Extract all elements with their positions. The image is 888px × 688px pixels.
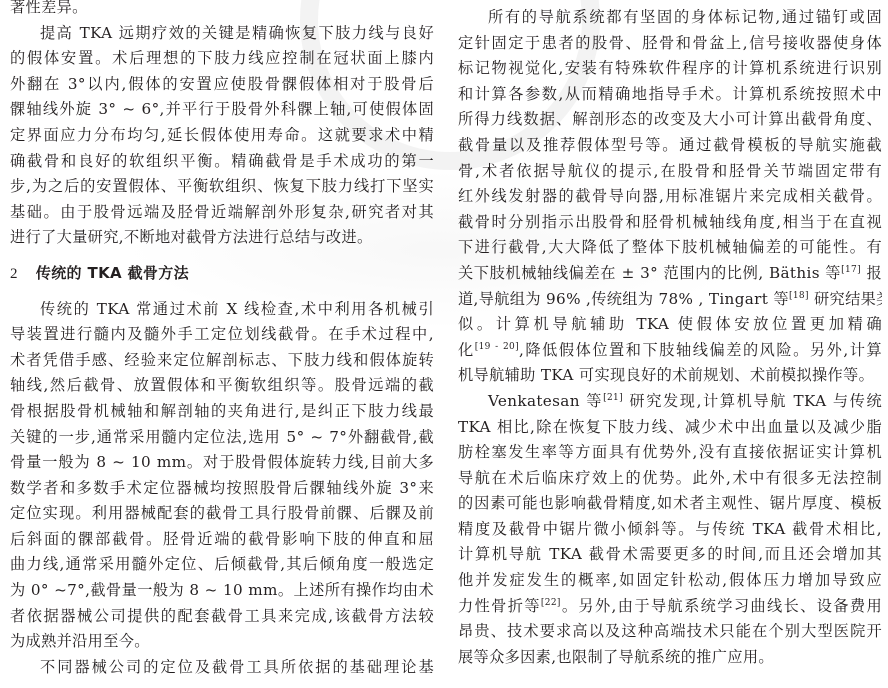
text-line: 外翻在 3°以内,假体的安置应使股骨髁假体相对于股骨后 xyxy=(10,72,434,98)
text-line: 昂贵、技术要求高以及这种高端技术只能在个别大型医院开 xyxy=(458,619,882,645)
citation-ref[interactable]: [18] xyxy=(789,291,809,301)
text-line: 化[19 - 20],降低假体位置和下肢轴线偏差的风险。另外,计算 xyxy=(458,338,882,364)
section-title: 传统的 TKA 截骨方法 xyxy=(36,264,189,282)
text-line: 髁轴线外旋 3° ~ 6°,并平行于股骨外科髁上轴,可使假体固 xyxy=(10,97,434,123)
text-line: 截骨量以及推荐假体型号等。通过截骨模板的导航实施截 xyxy=(458,133,882,159)
citation-ref[interactable]: [17] xyxy=(841,265,861,275)
text-span: ,降低假体位置和下肢轴线偏差的风险。另外,计算 xyxy=(519,341,882,359)
text-line: 后斜面的髁部截骨。胫骨近端的截骨影响下肢的伸直和屈 xyxy=(10,527,434,553)
text-line: 提高 TKA 远期疗效的关键是精确恢复下肢力线与良好 xyxy=(10,21,434,47)
section-heading: 2传统的 TKA 截骨方法 xyxy=(10,261,434,287)
citation-ref[interactable]: [21] xyxy=(603,393,623,403)
text-span: 报 xyxy=(861,264,882,282)
text-line: 的假体安置。术后理想的下肢力线应控制在冠状面上膝内 xyxy=(10,46,434,72)
text-line: 骨根据股骨机械轴和解剖轴的夹角进行,是纠正下肢力线最 xyxy=(10,399,434,425)
text-line: 所得力线数据、解剖形态的改变及大小可计算出截骨角度、 xyxy=(458,107,882,133)
text-line: 导装置进行髓内及髓外手工定位划线截骨。在手术过程中, xyxy=(10,322,434,348)
text-line: 道,导航组为 96% ,传统组为 78% , Tingart 等[18] 研究结… xyxy=(458,287,882,313)
text-line: 术者凭借手感、经验来定位解剖标志、下肢力线和假体旋转 xyxy=(10,348,434,374)
paragraph-venkatesan: Venkatesan 等[21] 研究发现,计算机导航 TKA 与传统 TKA … xyxy=(458,389,882,671)
text-line: 力性骨折等[22]。另外,由于导航系统学习曲线长、设备费用 xyxy=(458,594,882,620)
text-line: 导航在术后临床疗效上的优势。此外,术中有很多无法控制 xyxy=(458,466,882,492)
text-line: 精度及截骨中锯片微小倾斜等。与传统 TKA 截骨术相比, xyxy=(458,517,882,543)
text-line: 定针固定于患者的股骨、胫骨和骨盆上,信号接收器使身体 xyxy=(458,31,882,57)
text-span: 化 xyxy=(458,341,475,359)
paragraph-navigation-system: 所有的导航系统都有坚固的身体标记物,通过锚钉或固 定针固定于患者的股骨、胫骨和骨… xyxy=(458,5,882,389)
text-span: 研究发现,计算机导航 TKA 与传统 xyxy=(623,392,882,410)
text-span: 力性骨折等 xyxy=(458,597,541,615)
text-line: 似。计算机导航辅助 TKA 使假体安放位置更加精确 xyxy=(458,312,882,338)
text-line: 标记物视觉化,安装有特殊软件程序的计算机系统进行识别 xyxy=(458,56,882,82)
text-line: 曲力线,通常采用髓外定位、后倾截骨,其后倾角度一般选定 xyxy=(10,552,434,578)
text-span: 。另外,由于导航系统学习曲线长、设备费用 xyxy=(561,597,882,615)
text-line: 定界面应力分布均匀,延长假体使用寿命。这就要求术中精 xyxy=(10,123,434,149)
text-line: 肪栓塞发生率等方面具有优势外,没有直接依据证实计算机 xyxy=(458,440,882,466)
citation-ref[interactable]: [22] xyxy=(541,598,561,608)
text-line: 进行了大量研究,不断地对截骨方法进行总结与改进。 xyxy=(10,225,434,251)
right-column: 所有的导航系统都有坚固的身体标记物,通过锚钉或固 定针固定于患者的股骨、胫骨和骨… xyxy=(458,5,882,670)
text-span: 道,导航组为 96% ,传统组为 78% , Tingart 等 xyxy=(458,290,789,308)
text-line: 关下肢机械轴线偏差在 ± 3° 范围内的比例, Bäthis 等[17] 报 xyxy=(458,261,882,287)
text-line: 者依据器械公司提供的配套截骨工具来完成,该截骨方法较 xyxy=(10,604,434,630)
text-line: 为成熟并沿用至今。 xyxy=(10,629,434,655)
text-line: 机导航辅助 TKA 可实现良好的术前规划、术前模拟操作等。 xyxy=(458,363,882,389)
text-line: 步,为之后的安置假体、平衡软组织、恢复下肢力线打下坚实 xyxy=(10,174,434,200)
text-line: 截骨时分别指示出股骨和胫骨机械轴线角度,相当于在直视 xyxy=(458,210,882,236)
text-line: 红外线发射器的截骨导向器,用标准锯片来完成相关截骨。 xyxy=(458,184,882,210)
left-column: 著性差异。 提高 TKA 远期疗效的关键是精确恢复下肢力线与良好 的假体安置。术… xyxy=(10,0,434,680)
text-line: 确截骨和良好的软组织平衡。精确截骨是手术成功的第一 xyxy=(10,149,434,175)
text-line: 传统的 TKA 常通过术前 X 线检查,术中利用各机械引 xyxy=(10,297,434,323)
text-line: 为 0° ~7°,截骨量一般为 8 ~ 10 mm。上述所有操作均由术 xyxy=(10,578,434,604)
text-line: 计算机导航 TKA 截骨术需要更多的时间,而且还会增加其 xyxy=(458,542,882,568)
text-line: 下进行截骨,大大降低了整体下肢机械轴偏差的可能性。有 xyxy=(458,235,882,261)
text-line: 轴线,然后截骨、放置假体和平衡软组织等。股骨远端的截 xyxy=(10,373,434,399)
text-line: 数学者和多数手术定位器械均按照股骨后髁轴线外旋 3°来 xyxy=(10,476,434,502)
text-span: Venkatesan 等 xyxy=(488,392,603,410)
text-line: 他并发症发生的概率,如固定针松动,假体压力增加导致应 xyxy=(458,568,882,594)
text-line: 基础。由于股骨远端及胫骨近端解剖外形复杂,研究者对其 xyxy=(10,200,434,226)
paragraph-traditional-method: 传统的 TKA 常通过术前 X 线检查,术中利用各机械引 导装置进行髓内及髓外手… xyxy=(10,297,434,655)
text-line: 的因素可能也影响截骨精度,如术者主观性、锯片厚度、模板 xyxy=(458,491,882,517)
text-line: 定位实现。利用器械配套的截骨工具行股骨前髁、后髁及前 xyxy=(10,501,434,527)
text-span: 关下肢机械轴线偏差在 ± 3° 范围内的比例, Bäthis 等 xyxy=(458,264,841,282)
text-span: 研究结果类 xyxy=(809,290,882,308)
text-line: 不同器械公司的定位及截骨工具所依据的基础理论基 xyxy=(10,655,434,681)
text-line: TKA 相比,除在恢复下肢力线、减少术中出血量以及减少脂 xyxy=(458,415,882,441)
paragraph-theory: 不同器械公司的定位及截骨工具所依据的基础理论基 xyxy=(10,655,434,681)
text-line: 关键的一步,通常采用髓内定位法,选用 5° ~ 7°外翻截骨,截 xyxy=(10,425,434,451)
text-line: 骨,术者依据导航仪的提示,在股骨和胫骨关节端固定带有 xyxy=(458,159,882,185)
text-line: 著性差异。 xyxy=(10,0,434,21)
section-number: 2 xyxy=(10,266,18,282)
text-line: 骨量一般为 8 ~ 10 mm。对于股骨假体旋转力线,目前大多 xyxy=(10,450,434,476)
text-line: Venkatesan 等[21] 研究发现,计算机导航 TKA 与传统 xyxy=(458,389,882,415)
citation-ref[interactable]: [19 - 20] xyxy=(475,342,519,352)
text-line: 和计算各参数,从而精确地指导手术。计算机系统按照术中 xyxy=(458,82,882,108)
text-line: 展等众多因素,也限制了导航系统的推广应用。 xyxy=(458,645,882,671)
paragraph-alignment: 提高 TKA 远期疗效的关键是精确恢复下肢力线与良好 的假体安置。术后理想的下肢… xyxy=(10,21,434,251)
text-line: 所有的导航系统都有坚固的身体标记物,通过锚钉或固 xyxy=(458,5,882,31)
